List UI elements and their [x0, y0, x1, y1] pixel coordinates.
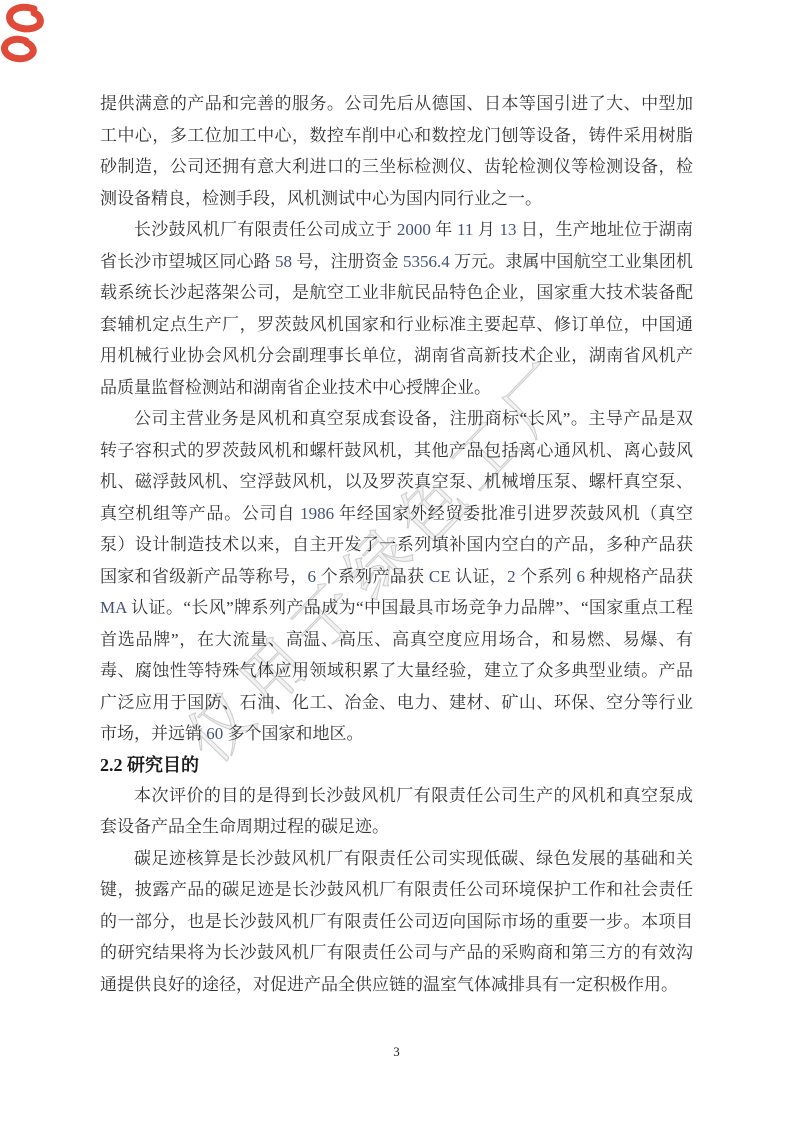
- paragraph-carbon-footprint-significance: 碳足迹核算是长沙鼓风机厂有限责任公司实现低碳、绿色发展的基础和关键，披露产品的碳…: [100, 843, 693, 1001]
- paragraph-main-business: 公司主营业务是风机和真空泵成套设备，注册商标“长风”。主导产品是双转子容积式的罗…: [100, 403, 693, 750]
- document-body: 提供满意的产品和完善的服务。公司先后从德国、日本等国引进了大、中型加工中心，多工…: [100, 88, 693, 1000]
- section-heading-research-purpose: 2.2 研究目的: [100, 750, 693, 780]
- document-page: 仅用于绿色工厂 提供满意的产品和完善的服务。公司先后从德国、日本等国引进了大、中…: [0, 0, 793, 1122]
- red-stamp-mark: [1, 1, 53, 67]
- page-number: 3: [0, 1044, 793, 1060]
- paragraph-company-profile: 长沙鼓风机厂有限责任公司成立于 2000 年 11 月 13 日，生产地址位于湖…: [100, 214, 693, 403]
- paragraph-evaluation-purpose: 本次评价的目的是得到长沙鼓风机厂有限责任公司生产的风机和真空泵成套设备产品全生命…: [100, 780, 693, 843]
- paragraph-company-equipment: 提供满意的产品和完善的服务。公司先后从德国、日本等国引进了大、中型加工中心，多工…: [100, 88, 693, 214]
